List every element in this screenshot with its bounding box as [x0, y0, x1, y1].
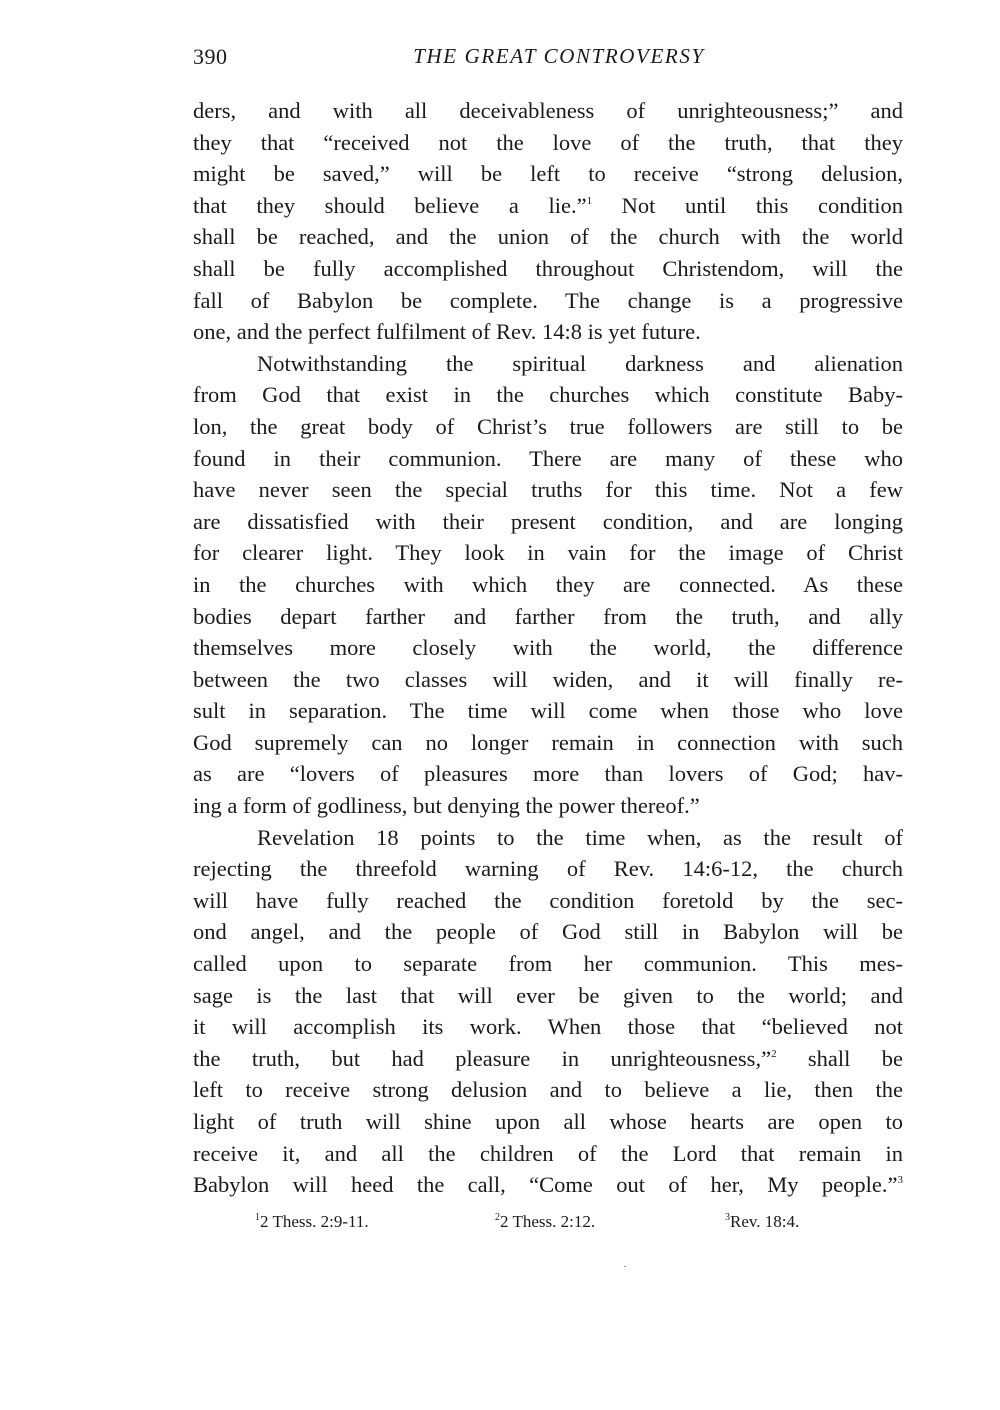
text-line: sage is the last that will ever be given…	[193, 980, 903, 1012]
line-text: rejecting the threefold warning of Rev. …	[193, 856, 903, 881]
running-title: THE GREAT CONTROVERSY	[193, 44, 905, 69]
text-line: rejecting the threefold warning of Rev. …	[193, 853, 903, 885]
text-line: bodies depart farther and farther from t…	[193, 601, 903, 633]
line-text: lon, the great body of Christ’s true fol…	[193, 414, 903, 439]
text-line: light of truth will shine upon all whose…	[193, 1106, 903, 1138]
text-line: might be saved,” will be left to receive…	[193, 158, 903, 190]
book-page: 390 THE GREAT CONTROVERSY ders, and with…	[0, 0, 1000, 1410]
line-text: ing a form of godliness, but denying the…	[193, 793, 700, 818]
text-line: Babylon will heed the call, “Come out of…	[193, 1169, 903, 1201]
text-line: ond angel, and the people of God still i…	[193, 916, 903, 948]
text-line: are dissatisfied with their present cond…	[193, 506, 903, 538]
text-line: have never seen the special truths for t…	[193, 474, 903, 506]
scan-speck	[624, 1266, 626, 1267]
line-text: that they should believe a lie.”	[193, 193, 587, 218]
line-text: are dissatisfied with their present cond…	[193, 509, 903, 534]
text-line: that they should believe a lie.”1 Not un…	[193, 190, 903, 222]
line-text: light of truth will shine upon all whose…	[193, 1109, 903, 1134]
line-text: fall of Babylon be complete. The change …	[193, 288, 903, 313]
line-text-continued: Not until this condition	[592, 193, 903, 218]
text-line: in the churches with which they are conn…	[193, 569, 903, 601]
footnote-reference: 3	[898, 1174, 904, 1186]
line-text: called upon to separate from her communi…	[193, 951, 903, 976]
text-line: left to receive strong delusion and to b…	[193, 1074, 903, 1106]
page-header: 390 THE GREAT CONTROVERSY	[193, 44, 905, 74]
line-text: might be saved,” will be left to receive…	[193, 161, 903, 186]
text-line: themselves more closely with the world, …	[193, 632, 903, 664]
text-line: shall be reached, and the union of the c…	[193, 221, 903, 253]
line-text: receive it, and all the children of the …	[193, 1141, 903, 1166]
line-text: God supremely can no longer remain in co…	[193, 730, 903, 755]
text-line: ders, and with all deceivableness of unr…	[193, 95, 903, 127]
line-text: left to receive strong delusion and to b…	[193, 1077, 903, 1102]
line-text: from God that exist in the churches whic…	[193, 382, 903, 407]
text-line: Notwithstanding the spiritual darkness a…	[193, 348, 903, 380]
text-line: one, and the perfect fulfilment of Rev. …	[193, 316, 903, 348]
text-line: will have fully reached the condition fo…	[193, 885, 903, 917]
line-text: bodies depart farther and farther from t…	[193, 604, 903, 629]
text-line: receive it, and all the children of the …	[193, 1138, 903, 1170]
line-text: will have fully reached the condition fo…	[193, 888, 903, 913]
line-text: between the two classes will widen, and …	[193, 667, 903, 692]
text-line: Revelation 18 points to the time when, a…	[193, 822, 903, 854]
footnote-text: Rev. 18:4.	[730, 1212, 799, 1231]
footnote-3: 3Rev. 18:4.	[725, 1212, 799, 1232]
line-text: it will accomplish its work. When those …	[193, 1014, 903, 1039]
text-line: as are “lovers of pleasures more than lo…	[193, 758, 903, 790]
text-line: found in their communion. There are many…	[193, 443, 903, 475]
text-line: for clearer light. They look in vain for…	[193, 537, 903, 569]
line-text: found in their communion. There are many…	[193, 446, 903, 471]
text-line: God supremely can no longer remain in co…	[193, 727, 903, 759]
footnotes: 12 Thess. 2:9-11. 22 Thess. 2:12. 3Rev. …	[255, 1212, 865, 1236]
line-text: for clearer light. They look in vain for…	[193, 540, 903, 565]
footnote-1: 12 Thess. 2:9-11.	[255, 1212, 369, 1232]
text-line: lon, the great body of Christ’s true fol…	[193, 411, 903, 443]
line-text: in the churches with which they are conn…	[193, 572, 903, 597]
line-text: ders, and with all deceivableness of unr…	[193, 98, 903, 123]
line-text: Revelation 18 points to the time when, a…	[257, 825, 903, 850]
line-text: as are “lovers of pleasures more than lo…	[193, 761, 903, 786]
text-line: shall be fully accomplished throughout C…	[193, 253, 903, 285]
line-text: themselves more closely with the world, …	[193, 635, 903, 660]
line-text: sage is the last that will ever be given…	[193, 983, 903, 1008]
text-line: they that “received not the love of the …	[193, 127, 903, 159]
text-line: fall of Babylon be complete. The change …	[193, 285, 903, 317]
line-text: ond angel, and the people of God still i…	[193, 919, 903, 944]
line-text-continued: shall be	[777, 1046, 903, 1071]
footnote-text: 2 Thess. 2:9-11.	[260, 1212, 369, 1231]
line-text: Notwithstanding the spiritual darkness a…	[257, 351, 903, 376]
text-line: from God that exist in the churches whic…	[193, 379, 903, 411]
line-text: sult in separation. The time will come w…	[193, 698, 903, 723]
text-line: called upon to separate from her communi…	[193, 948, 903, 980]
text-line: it will accomplish its work. When those …	[193, 1011, 903, 1043]
text-line: the truth, but had pleasure in unrighteo…	[193, 1043, 903, 1075]
text-line: sult in separation. The time will come w…	[193, 695, 903, 727]
line-text: Babylon will heed the call, “Come out of…	[193, 1172, 898, 1197]
line-text: shall be reached, and the union of the c…	[193, 224, 903, 249]
line-text: they that “received not the love of the …	[193, 130, 903, 155]
footnote-text: 2 Thess. 2:12.	[500, 1212, 595, 1231]
line-text: one, and the perfect fulfilment of Rev. …	[193, 319, 701, 344]
line-text: shall be fully accomplished throughout C…	[193, 256, 903, 281]
line-text: the truth, but had pleasure in unrighteo…	[193, 1046, 771, 1071]
line-text: have never seen the special truths for t…	[193, 477, 903, 502]
text-line: ing a form of godliness, but denying the…	[193, 790, 903, 822]
body-text: ders, and with all deceivableness of unr…	[193, 95, 903, 1201]
text-line: between the two classes will widen, and …	[193, 664, 903, 696]
footnote-2: 22 Thess. 2:12.	[495, 1212, 595, 1232]
